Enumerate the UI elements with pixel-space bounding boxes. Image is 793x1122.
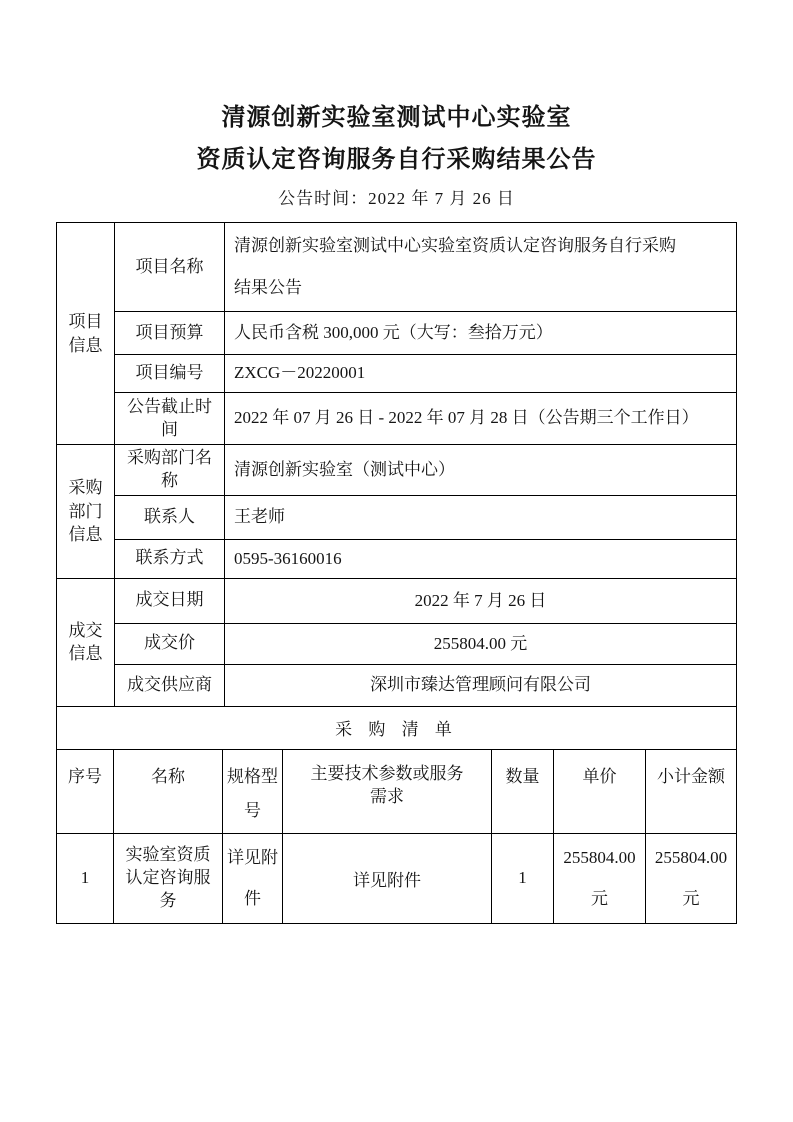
field-value-announce-deadline: 2022 年 07 月 26 日 - 2022 年 07 月 28 日（公告期三… — [225, 393, 737, 445]
field-value-project-code: ZXCG－20220001 — [225, 355, 737, 393]
purchase-list-title: 采 购 清 单 — [57, 706, 737, 749]
field-value-contact-phone: 0595-36160016 — [225, 539, 737, 578]
purchase-list-header-row: 序号 名称 规格型 号 主要技术参数或服务 需求 数量 单价 小计金额 — [57, 749, 737, 833]
column-header-name: 名称 — [114, 749, 223, 833]
section-label-project-info: 项目 信息 — [57, 223, 115, 445]
column-header-unit-price: 单价 — [554, 749, 646, 833]
field-label-project-budget: 项目预算 — [115, 312, 225, 355]
table-row: 项目预算 人民币含税 300,000 元（大写：叁拾万元） — [57, 312, 737, 355]
document-page: 清源创新实验室测试中心实验室 资质认定咨询服务自行采购结果公告 公告时间：202… — [0, 0, 793, 1122]
column-header-seq: 序号 — [57, 749, 114, 833]
column-header-subtotal: 小计金额 — [646, 749, 737, 833]
cell-params: 详见附件 — [283, 833, 492, 923]
field-value-deal-supplier: 深圳市臻达管理顾问有限公司 — [225, 664, 737, 706]
project-info-table: 项目 信息 项目名称 清源创新实验室测试中心实验室资质认定咨询服务自行采购 结果… — [56, 222, 737, 750]
cell-name: 实验室资质 认定咨询服 务 — [114, 833, 223, 923]
field-label-project-name: 项目名称 — [115, 223, 225, 312]
document-title: 清源创新实验室测试中心实验室 资质认定咨询服务自行采购结果公告 — [0, 0, 793, 181]
cell-subtotal: 255804.00 元 — [646, 833, 737, 923]
section-label-deal-info: 成交 信息 — [57, 578, 115, 706]
field-value-deal-price: 255804.00 元 — [225, 623, 737, 664]
cell-qty: 1 — [492, 833, 554, 923]
field-value-deal-date: 2022 年 7 月 26 日 — [225, 578, 737, 623]
table-row: 项目 信息 项目名称 清源创新实验室测试中心实验室资质认定咨询服务自行采购 结果… — [57, 223, 737, 312]
cell-seq: 1 — [57, 833, 114, 923]
field-label-department-name: 采购部门名 称 — [115, 445, 225, 496]
field-value-project-budget: 人民币含税 300,000 元（大写：叁拾万元） — [225, 312, 737, 355]
table-row: 联系方式 0595-36160016 — [57, 539, 737, 578]
table-row: 采购 部门 信息 采购部门名 称 清源创新实验室（测试中心） — [57, 445, 737, 496]
table-row: 采 购 清 单 — [57, 706, 737, 749]
announcement-time: 公告时间：2022 年 7 月 26 日 — [0, 186, 793, 211]
cell-unit-price: 255804.00 元 — [554, 833, 646, 923]
purchase-list-table: 序号 名称 规格型 号 主要技术参数或服务 需求 数量 单价 小计金额 1 实验… — [56, 749, 737, 924]
field-value-project-name: 清源创新实验室测试中心实验室资质认定咨询服务自行采购 结果公告 — [225, 223, 737, 312]
table-row: 成交供应商 深圳市臻达管理顾问有限公司 — [57, 664, 737, 706]
document-title-line2: 资质认定咨询服务自行采购结果公告 — [0, 139, 793, 181]
field-label-deal-date: 成交日期 — [115, 578, 225, 623]
section-label-purchasing-department: 采购 部门 信息 — [57, 445, 115, 579]
column-header-params: 主要技术参数或服务 需求 — [283, 749, 492, 833]
table-row: 公告截止时 间 2022 年 07 月 26 日 - 2022 年 07 月 2… — [57, 393, 737, 445]
document-title-line1: 清源创新实验室测试中心实验室 — [0, 97, 793, 139]
column-header-qty: 数量 — [492, 749, 554, 833]
field-value-contact-person: 王老师 — [225, 495, 737, 539]
field-label-deal-price: 成交价 — [115, 623, 225, 664]
field-label-announce-deadline: 公告截止时 间 — [115, 393, 225, 445]
table-row: 项目编号 ZXCG－20220001 — [57, 355, 737, 393]
purchase-list-data-row: 1 实验室资质 认定咨询服 务 详见附 件 详见附件 1 255804.00 元… — [57, 833, 737, 923]
cell-spec: 详见附 件 — [223, 833, 283, 923]
column-header-spec: 规格型 号 — [223, 749, 283, 833]
field-label-contact-phone: 联系方式 — [115, 539, 225, 578]
field-label-contact-person: 联系人 — [115, 495, 225, 539]
field-label-deal-supplier: 成交供应商 — [115, 664, 225, 706]
table-row: 成交价 255804.00 元 — [57, 623, 737, 664]
table-row: 成交 信息 成交日期 2022 年 7 月 26 日 — [57, 578, 737, 623]
field-label-project-code: 项目编号 — [115, 355, 225, 393]
field-value-department-name: 清源创新实验室（测试中心） — [225, 445, 737, 496]
table-row: 联系人 王老师 — [57, 495, 737, 539]
